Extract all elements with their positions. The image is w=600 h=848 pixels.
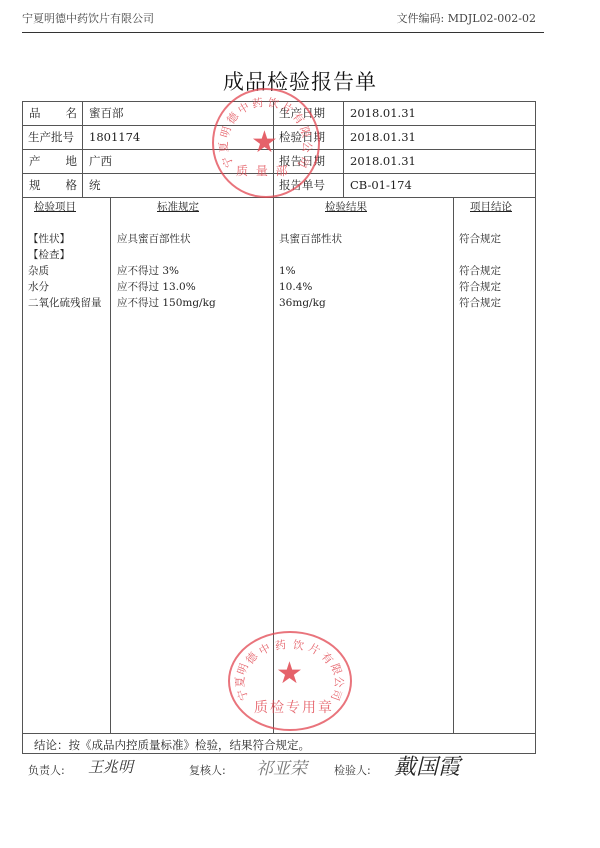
label-char: 格 [66,178,78,192]
stamp-arc-char: 公 [332,677,348,688]
reviewer-signature: 祁亚荣 [256,754,307,779]
star-icon: ★ [276,659,303,689]
col-header-standard: 标准规定 [157,200,199,214]
stamp-arc-char: 有 [318,648,337,667]
origin-label: 产地 [29,154,77,168]
stamp-arc-char: 片 [306,639,324,658]
inspection-date-value: 2018.01.31 [350,130,416,144]
result-item: 二氧化硫残留量 [28,296,102,310]
product-name-value: 蜜百部 [89,106,124,120]
result-conclusion: 符合规定 [459,296,501,310]
product-name-label: 品名 [29,106,77,120]
result-value: 1% [279,264,296,278]
label-char: 地 [66,154,78,168]
page-title: 成品检验报告单 [0,66,600,96]
stamp-sub-text: 质检专用章 [254,697,334,717]
production-date-value: 2018.01.31 [350,106,416,120]
stamp-arc-char: 药 [274,636,288,654]
qc-seal-stamp: ★ 质检专用章 宁夏明德中药饮片有限公司 [228,631,352,731]
result-conclusion: 符合规定 [459,264,501,278]
inspector-signature: 戴国霞 [394,750,460,781]
production-date-label: 生产日期 [279,106,325,120]
stamp-arc-char: 饮 [291,636,305,654]
stamp-arc-char: 明 [216,124,234,139]
report-date-label: 报告日期 [279,154,325,168]
result-item: 【性状】 [28,232,70,246]
label-char: 名 [66,106,78,120]
spec-value: 统 [89,178,101,192]
responsible-signature: 王兆明 [88,756,133,777]
result-value: 10.4% [279,280,312,294]
col-header-result: 检验结果 [325,200,367,214]
label-char: 产 [29,154,41,168]
batch-label: 生产批号 [28,130,74,144]
stamp-arc-char: 中 [256,639,274,658]
company-name: 宁夏明德中药饮片有限公司 [22,12,154,26]
stamp-arc-char: 宁 [233,687,252,703]
responsible-label: 负责人: [28,762,65,778]
inspection-date-label: 检验日期 [279,130,325,144]
report-no-value: CB-01-174 [350,178,412,192]
result-conclusion: 符合规定 [459,280,501,294]
result-standard: 应不得过 3% [117,264,179,278]
label-char: 品 [29,106,41,120]
result-standard: 应不得过 150mg/kg [117,296,216,310]
stamp-arc-char: 宁 [218,153,237,170]
col-header-item: 检验项目 [34,200,76,214]
stamp-arc-char: 夏 [215,141,232,153]
stamp-arc-char: 明 [233,661,252,677]
inspector-label: 检验人: [334,762,371,778]
page-header: 宁夏明德中药饮片有限公司 文件编码: MDJL02-002-02 [22,0,544,33]
result-item: 水分 [28,280,49,294]
result-value: 36mg/kg [279,296,326,310]
stamp-arc-char: 德 [242,648,261,667]
col-header-conclusion: 项目结论 [470,200,512,214]
document-code: 文件编码: MDJL02-002-02 [397,12,536,26]
batch-value: 1801174 [89,130,140,144]
stamp-arc-char: 司 [327,687,346,703]
reviewer-label: 复核人: [189,762,226,778]
result-standard: 应不得过 13.0% [117,280,196,294]
label-char: 规 [29,178,41,192]
result-conclusion: 符合规定 [459,232,501,246]
result-item: 杂质 [28,264,49,278]
stamp-arc-char: 药 [251,94,265,112]
origin-value: 广西 [89,154,112,168]
spec-label: 规格 [29,178,77,192]
result-item: 【检查】 [28,248,70,262]
stamp-arc-char: 夏 [232,677,248,688]
conclusion-text: 结论：按《成品内控质量标准》检验，结果符合规定。 [34,738,310,752]
report-no-label: 报告单号 [279,178,325,192]
result-standard: 应具蜜百部性状 [117,232,191,246]
stamp-arc-char: 限 [327,661,346,677]
report-date-value: 2018.01.31 [350,154,416,168]
result-value: 具蜜百部性状 [279,232,342,246]
